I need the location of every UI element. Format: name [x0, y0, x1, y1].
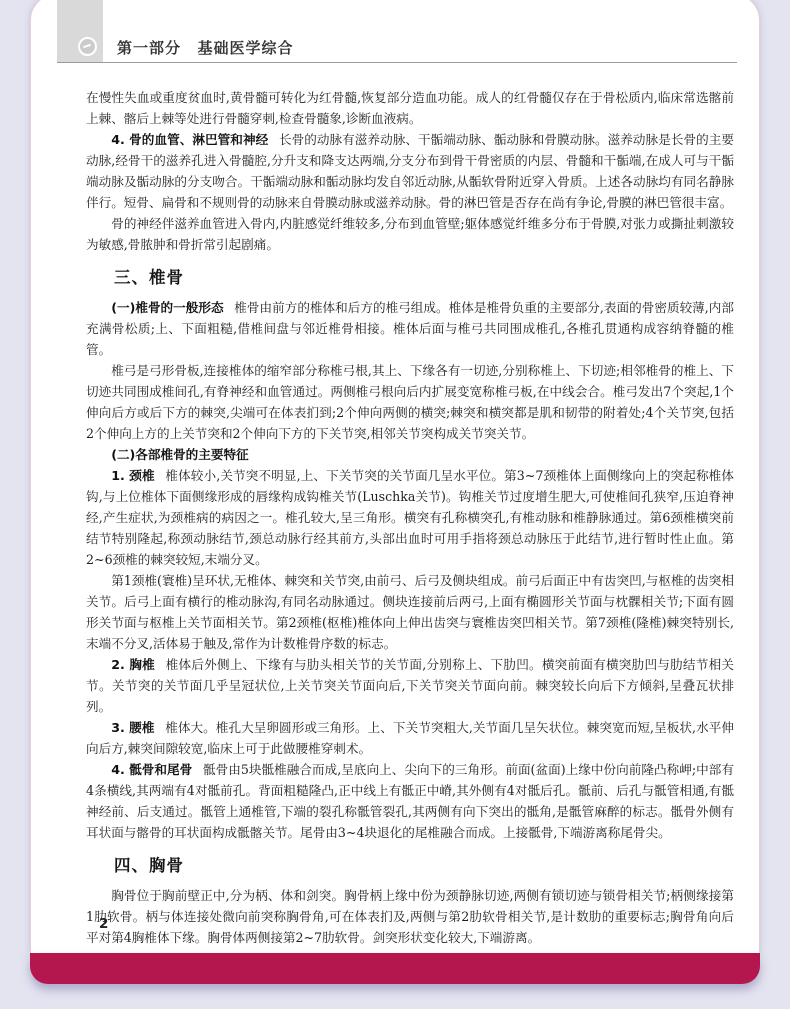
paragraph: 骨的神经伴滋养血管进入骨内,内脏感觉纤维较多,分布到血管壁;躯体感觉纤维多分布于… — [86, 213, 734, 255]
paragraph-lead: 3. 腰椎 — [111, 720, 165, 735]
page-header: 第一部分基础医学综合 — [117, 37, 294, 58]
paragraph-lead: 4. 骨的血管、淋巴管和神经 — [111, 132, 279, 147]
paragraph: 1. 颈椎椎体较小,关节突不明显,上、下关节突的关节面几呈水平位。第3~7颈椎体… — [86, 465, 734, 570]
page-number: 2 — [99, 916, 108, 932]
paragraph: (二)各部椎骨的主要特征 — [86, 444, 734, 465]
paragraph-lead: (二)各部椎骨的主要特征 — [111, 447, 259, 462]
publisher-logo-icon — [78, 37, 97, 56]
page-content: 在慢性失血或重度贫血时,黄骨髓可转化为红骨髓,恢复部分造血功能。成人的红骨髓仅存… — [86, 87, 734, 948]
paragraph-lead: 4. 骶骨和尾骨 — [111, 762, 203, 777]
paragraph: 胸骨位于胸前壁正中,分为柄、体和剑突。胸骨柄上缘中份为颈静脉切迹,两侧有锁切迹与… — [86, 885, 734, 948]
paragraph: 3. 腰椎椎体大。椎孔大呈卵圆形或三角形。上、下关节突粗大,关节面几呈矢状位。棘… — [86, 717, 734, 759]
section-heading: 三、椎骨 — [114, 267, 734, 288]
header-rule — [57, 62, 737, 63]
paragraph-lead: 2. 胸椎 — [111, 657, 166, 672]
paragraph: 2. 胸椎椎体后外侧上、下缘有与肋头相关节的关节面,分别称上、下肋凹。横突前面有… — [86, 654, 734, 717]
paragraph-lead: (一)椎骨的一般形态 — [111, 300, 234, 315]
section-heading: 四、胸骨 — [114, 855, 734, 876]
part-label: 第一部分 — [117, 39, 181, 57]
paragraph: 在慢性失血或重度贫血时,黄骨髓可转化为红骨髓,恢复部分造血功能。成人的红骨髓仅存… — [86, 87, 734, 129]
paragraph: 4. 骶骨和尾骨骶骨由5块骶椎融合而成,呈底向上、尖向下的三角形。前面(盆面)上… — [86, 759, 734, 843]
chapter-tab — [57, 0, 103, 63]
book-page: 第一部分基础医学综合 在慢性失血或重度贫血时,黄骨髓可转化为红骨髓,恢复部分造血… — [30, 0, 760, 954]
paragraph: (一)椎骨的一般形态椎骨由前方的椎体和后方的椎弓组成。椎体是椎骨负重的主要部分,… — [86, 297, 734, 360]
paragraph: 第1颈椎(寰椎)呈环状,无椎体、棘突和关节突,由前弓、后弓及侧块组成。前弓后面正… — [86, 570, 734, 654]
footer-accent-bar — [30, 953, 760, 984]
paragraph: 4. 骨的血管、淋巴管和神经长骨的动脉有滋养动脉、干骺端动脉、骺动脉和骨膜动脉。… — [86, 129, 734, 213]
header-title: 基础医学综合 — [198, 39, 294, 57]
paragraph: 椎弓是弓形骨板,连接椎体的缩窄部分称椎弓根,其上、下缘各有一切迹,分别称椎上、下… — [86, 360, 734, 444]
paragraph-lead: 1. 颈椎 — [111, 468, 165, 483]
